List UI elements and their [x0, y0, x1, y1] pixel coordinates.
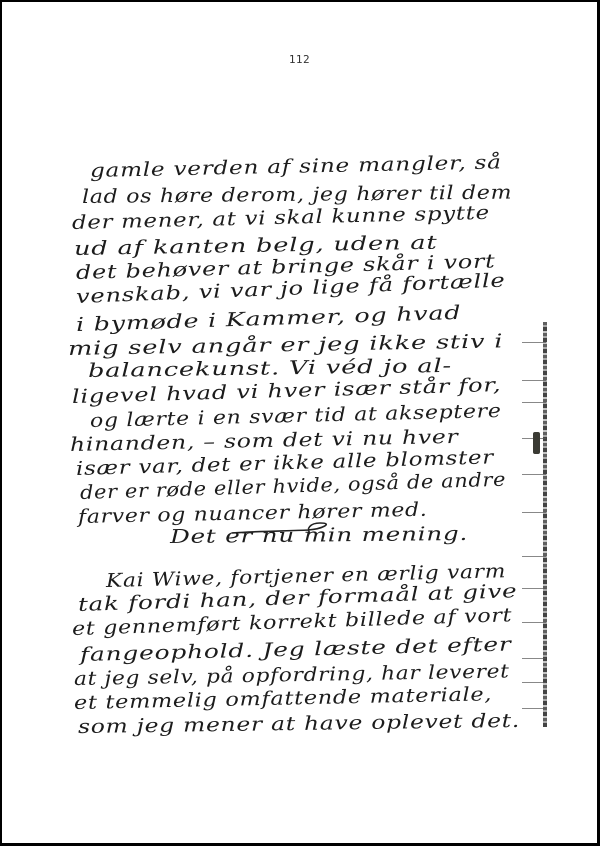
margin-tick	[522, 658, 546, 659]
margin-tick	[522, 622, 546, 623]
handwritten-line: gamle verden af sine mangler, så	[90, 151, 502, 182]
margin-tick	[522, 402, 546, 403]
margin-tick	[522, 588, 546, 589]
margin-tick	[522, 342, 546, 343]
margin-tick	[522, 708, 546, 709]
handwritten-line: i bymøde i Kammer, og hvad	[76, 302, 462, 336]
page-number: 112	[2, 53, 597, 66]
ink-blot	[533, 432, 540, 454]
scanned-page: 112 gamle verden af sine mangler, sålad …	[0, 0, 600, 846]
margin-tick	[522, 512, 546, 513]
margin-tick	[522, 380, 546, 381]
margin-tick	[522, 682, 546, 683]
margin-tick	[522, 474, 546, 475]
margin-tick	[522, 556, 546, 557]
handwritten-line: som jeg mener at have oplevet det.	[78, 710, 520, 738]
underline-flourish	[230, 521, 340, 537]
scan-margin-ticks	[522, 342, 546, 722]
